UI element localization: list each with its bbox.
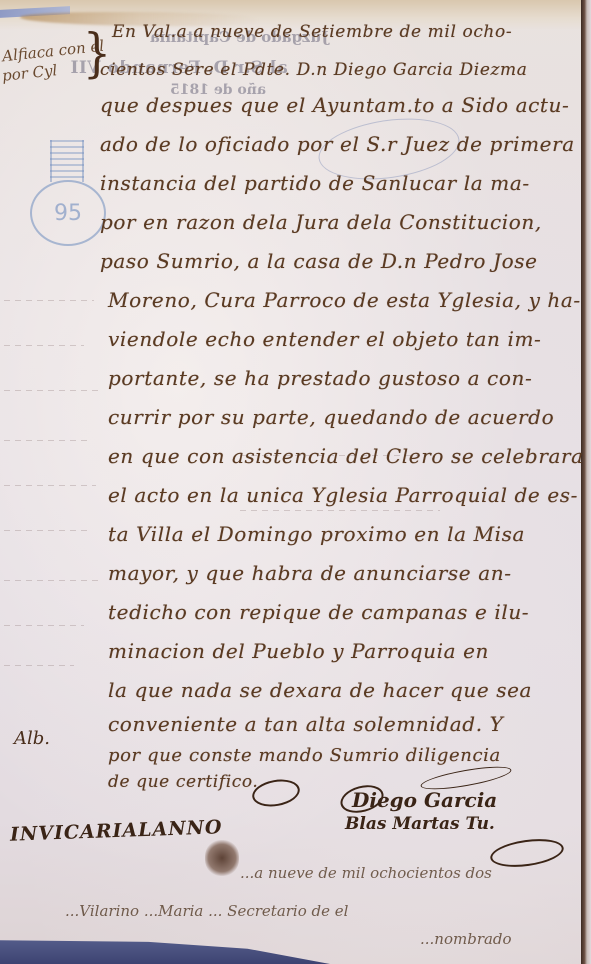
bleed-through-line [4,665,74,666]
body-line: ado de lo oficiado por el S.r Juez de pr… [100,132,575,156]
archive-stamp: 95 [30,180,106,246]
body-line: por que conste mando Sumrio diligencia [108,745,501,766]
body-line: instancia del partido de Sanlucar la ma- [100,171,530,195]
body-line: paso Sumrio, a la casa de D.n Pedro Jose [100,249,538,273]
binding-edge [581,0,591,964]
bottom-stamp-text: INVICARIALANNO [10,816,223,845]
bleed-through-line [4,300,94,301]
margin-note: por Cyl [1,61,58,85]
bleed-through-line [240,510,440,511]
body-line: minacion del Pueblo y Parroquia en [108,639,489,663]
body-line: la que nada se dexara de hacer que sea [108,678,532,702]
body-line: por en razon dela Jura dela Constitucion… [100,210,542,234]
margin-note: Alb. [14,728,50,749]
bleed-through-line [4,390,99,391]
bleed-through-line [4,485,96,486]
scan-background-edge [0,930,330,964]
body-line: tedicho con repique de campanas e ilu- [108,600,529,624]
body-line: viendole echo entender el objeto tan im- [108,327,541,351]
bleed-through-line [4,580,99,581]
bottom-line: ...a nueve de mil ochocientos dos [240,864,492,882]
body-line: de que certifico. [108,772,258,792]
manuscript-page: Juzgado de Capitanía al S.r D. Fernando … [0,0,591,964]
bleed-through-line [4,530,92,531]
body-line: Moreno, Cura Parroco de esta Yglesia, y … [108,288,581,312]
bleed-through-line [4,345,84,346]
signature-title: Blas Martas Tu. [345,814,495,834]
signature-name: Diego Garcia [352,788,497,812]
body-line: el acto en la unica Yglesia Parroquial d… [108,483,578,507]
archive-stamp-number: 95 [54,201,82,226]
body-line: que despues que el Ayuntam.to a Sido act… [100,93,569,117]
body-line: ta Villa el Domingo proximo en la Misa [108,522,525,546]
body-line: En Val.a a nueve de Setiembre de mil och… [112,22,512,42]
bleed-through-line [4,440,89,441]
signature-flourish [489,835,566,871]
body-line: portante, se ha prestado gustoso a con- [108,366,532,390]
bleed-through-line [4,625,84,626]
body-line: currir por su parte, quedando de acuerdo [108,405,554,429]
archive-stamp-handle [50,140,84,182]
bottom-line: ...Vilarino ...Maria ... Secretario de e… [65,902,348,920]
bottom-line: ...nombrado [420,930,512,948]
body-line: conveniente a tan alta solemnidad. Y [108,712,503,736]
body-line: mayor, y que habra de anunciarse an- [108,561,512,585]
ink-blot [205,840,239,876]
body-line: cientos Sere el Pdte. D.n Diego Garcia D… [100,60,528,80]
body-line: en que con asistencia del Clero se celeb… [108,444,584,468]
